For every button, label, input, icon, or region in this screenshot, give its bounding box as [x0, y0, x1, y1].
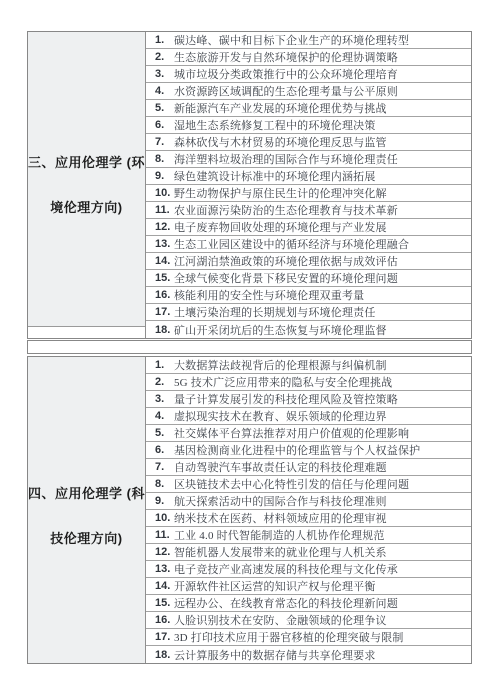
item-text: 开源软件社区运营的知识产权与伦理平衡 [174, 578, 376, 594]
item-number: 1. [155, 359, 174, 371]
list-item: 13.生态工业园区建设中的循环经济与环境伦理融合 [146, 236, 471, 253]
list-item: 9.绿色建筑设计标准中的环境伦理内涵拓展 [146, 168, 471, 185]
list-item: 11.农业面源污染防治的生态伦理教育与技术革新 [146, 202, 471, 219]
topic-tables-document: 三、应用伦理学 (环 境伦理方向) 1.碳达峰、碳中和目标下企业生产的环境伦理转… [27, 31, 472, 664]
section-table-environment: 三、应用伦理学 (环 境伦理方向) 1.碳达峰、碳中和目标下企业生产的环境伦理转… [27, 31, 472, 339]
item-number: 17. [155, 631, 174, 643]
item-text: 工业 4.0 时代智能制造的人机协作伦理规范 [174, 527, 385, 543]
item-number: 13. [155, 238, 174, 250]
item-number: 10. [155, 512, 174, 524]
empty-cell [28, 327, 145, 338]
list-item: 5.新能源汽车产业发展的环境伦理优势与挑战 [146, 100, 471, 117]
section-label-cell: 四、应用伦理学 (科 技伦理方向) [28, 357, 145, 663]
list-item: 14.江河湖泊禁渔政策的环境伦理依据与成效评估 [146, 253, 471, 270]
list-item: 7.自动驾驶汽车事故责任认定的科技伦理难题 [146, 459, 471, 476]
item-number: 14. [155, 255, 174, 267]
item-number: 3. [155, 68, 174, 80]
item-text: 远程办公、在线教育常态化的科技伦理新问题 [174, 595, 398, 611]
item-text: 纳米技术在医药、材料领域应用的伦理审视 [174, 510, 387, 526]
list-item: 4.虚拟现实技术在教育、娱乐领域的伦理边界 [146, 408, 471, 425]
item-number: 16. [155, 289, 174, 301]
item-text: 云计算服务中的数据存储与共享伦理要求 [174, 647, 376, 663]
item-text: 海洋塑料垃圾治理的国际合作与环境伦理责任 [174, 151, 398, 167]
item-number: 1. [155, 34, 174, 46]
item-text: 自动驾驶汽车事故责任认定的科技伦理难题 [174, 459, 387, 475]
item-number: 11. [155, 204, 174, 216]
item-number: 4. [155, 85, 174, 97]
item-text: 5G 技术广泛应用带来的隐私与安全伦理挑战 [174, 374, 392, 390]
item-text: 土壤污染治理的长期规划与环境伦理责任 [174, 304, 376, 320]
item-number: 2. [155, 51, 174, 63]
item-number: 8. [155, 478, 174, 490]
list-item: 9.航天探索活动中的国际合作与科技伦理准则 [146, 493, 471, 510]
section-label-column: 四、应用伦理学 (科 技伦理方向) [28, 357, 146, 663]
item-number: 11. [155, 529, 174, 541]
section-label-line1: 三、应用伦理学 (环 [28, 155, 145, 171]
list-item: 5.社交媒体平台算法推荐对用户价值观的伦理影响 [146, 425, 471, 442]
item-text: 绿色建筑设计标准中的环境伦理内涵拓展 [174, 168, 376, 184]
item-text: 农业面源污染防治的生态伦理教育与技术革新 [174, 202, 398, 218]
topic-list-environment: 1.碳达峰、碳中和目标下企业生产的环境伦理转型2.生态旅游开发与自然环境保护的伦… [146, 32, 471, 338]
spacer-row [27, 340, 472, 354]
item-number: 13. [155, 563, 174, 575]
item-number: 12. [155, 546, 174, 558]
list-item: 16.人脸识别技术在安防、金融领域的伦理争议 [146, 612, 471, 629]
item-number: 16. [155, 614, 174, 626]
list-item: 13.电子竞技产业高速发展的科技伦理与文化传承 [146, 561, 471, 578]
section-label-column: 三、应用伦理学 (环 境伦理方向) [28, 32, 146, 338]
item-number: 7. [155, 461, 174, 473]
item-text: 新能源汽车产业发展的环境伦理优势与挑战 [174, 100, 387, 116]
list-item: 4.水资源跨区域调配的生态伦理考量与公平原则 [146, 83, 471, 100]
item-text: 量子计算发展引发的科技伦理风险及管控策略 [174, 391, 398, 407]
item-text: 社交媒体平台算法推荐对用户价值观的伦理影响 [174, 425, 409, 441]
item-number: 5. [155, 102, 174, 114]
list-item: 7.森林砍伐与木材贸易的环境伦理反思与监管 [146, 134, 471, 151]
item-number: 6. [155, 444, 174, 456]
item-number: 14. [155, 580, 174, 592]
list-item: 1.碳达峰、碳中和目标下企业生产的环境伦理转型 [146, 32, 471, 49]
list-item: 2.5G 技术广泛应用带来的隐私与安全伦理挑战 [146, 374, 471, 391]
list-item: 8.区块链技术去中心化特性引发的信任与伦理问题 [146, 476, 471, 493]
list-item: 17.土壤污染治理的长期规划与环境伦理责任 [146, 304, 471, 321]
item-text: 全球气候变化背景下移民安置的环境伦理问题 [174, 270, 398, 286]
list-item: 8.海洋塑料垃圾治理的国际合作与环境伦理责任 [146, 151, 471, 168]
list-item: 16.核能利用的安全性与环境伦理双重考量 [146, 287, 471, 304]
item-text: 3D 打印技术应用于器官移植的伦理突破与限制 [174, 629, 404, 645]
item-number: 7. [155, 136, 174, 148]
item-text: 矿山开采闭坑后的生态恢复与环境伦理监督 [174, 322, 387, 338]
item-text: 大数据算法歧视背后的伦理根源与纠偏机制 [174, 357, 387, 373]
list-item: 6.湿地生态系统修复工程中的环境伦理决策 [146, 117, 471, 134]
item-text: 江河湖泊禁渔政策的环境伦理依据与成效评估 [174, 253, 398, 269]
item-text: 碳达峰、碳中和目标下企业生产的环境伦理转型 [174, 32, 409, 48]
item-number: 15. [155, 597, 174, 609]
section-label-line2: 技伦理方向) [50, 531, 122, 547]
item-text: 航天探索活动中的国际合作与科技伦理准则 [174, 493, 387, 509]
item-number: 15. [155, 272, 174, 284]
item-text: 智能机器人发展带来的就业伦理与人机关系 [174, 544, 387, 560]
item-number: 9. [155, 170, 174, 182]
list-item: 12.电子废弃物回收处理的环境伦理与产业发展 [146, 219, 471, 236]
item-number: 17. [155, 306, 174, 318]
topic-list-technology: 1.大数据算法歧视背后的伦理根源与纠偏机制2.5G 技术广泛应用带来的隐私与安全… [146, 357, 471, 663]
item-number: 18. [155, 324, 174, 336]
item-text: 森林砍伐与木材贸易的环境伦理反思与监管 [174, 134, 387, 150]
section-label-line2: 境伦理方向) [50, 200, 122, 216]
section-label-line1: 四、应用伦理学 (科 [28, 486, 145, 502]
list-item: 15.远程办公、在线教育常态化的科技伦理新问题 [146, 595, 471, 612]
item-number: 6. [155, 119, 174, 131]
item-text: 生态工业园区建设中的循环经济与环境伦理融合 [174, 236, 409, 252]
list-item: 1.大数据算法歧视背后的伦理根源与纠偏机制 [146, 357, 471, 374]
section-label-cell: 三、应用伦理学 (环 境伦理方向) [28, 32, 145, 327]
item-text: 人脸识别技术在安防、金融领域的伦理争议 [174, 612, 387, 628]
list-item: 12.智能机器人发展带来的就业伦理与人机关系 [146, 544, 471, 561]
item-text: 区块链技术去中心化特性引发的信任与伦理问题 [174, 476, 409, 492]
item-number: 12. [155, 221, 174, 233]
list-item: 3.城市垃圾分类政策推行中的公众环境伦理培育 [146, 66, 471, 83]
list-item: 3.量子计算发展引发的科技伦理风险及管控策略 [146, 391, 471, 408]
item-text: 水资源跨区域调配的生态伦理考量与公平原则 [174, 83, 398, 99]
item-text: 核能利用的安全性与环境伦理双重考量 [174, 287, 364, 303]
item-text: 湿地生态系统修复工程中的环境伦理决策 [174, 117, 376, 133]
item-text: 电子竞技产业高速发展的科技伦理与文化传承 [174, 561, 398, 577]
item-text: 野生动物保护与原住民生计的伦理冲突化解 [174, 185, 387, 201]
section-table-technology: 四、应用伦理学 (科 技伦理方向) 1.大数据算法歧视背后的伦理根源与纠偏机制2… [27, 356, 472, 664]
item-number: 5. [155, 427, 174, 439]
item-number: 9. [155, 495, 174, 507]
item-text: 基因检测商业化进程中的伦理监管与个人权益保护 [174, 442, 420, 458]
list-item: 6.基因检测商业化进程中的伦理监管与个人权益保护 [146, 442, 471, 459]
item-text: 城市垃圾分类政策推行中的公众环境伦理培育 [174, 66, 398, 82]
list-item: 10.纳米技术在医药、材料领域应用的伦理审视 [146, 510, 471, 527]
list-item: 11.工业 4.0 时代智能制造的人机协作伦理规范 [146, 527, 471, 544]
list-item: 2.生态旅游开发与自然环境保护的伦理协调策略 [146, 49, 471, 66]
item-text: 虚拟现实技术在教育、娱乐领域的伦理边界 [174, 408, 387, 424]
item-number: 18. [155, 649, 174, 661]
item-text: 生态旅游开发与自然环境保护的伦理协调策略 [174, 49, 398, 65]
item-number: 10. [155, 187, 174, 199]
list-item: 14.开源软件社区运营的知识产权与伦理平衡 [146, 578, 471, 595]
list-item: 18.云计算服务中的数据存储与共享伦理要求 [146, 646, 471, 663]
list-item: 10.野生动物保护与原住民生计的伦理冲突化解 [146, 185, 471, 202]
item-number: 4. [155, 410, 174, 422]
list-item: 15.全球气候变化背景下移民安置的环境伦理问题 [146, 270, 471, 287]
item-text: 电子废弃物回收处理的环境伦理与产业发展 [174, 219, 387, 235]
item-number: 3. [155, 393, 174, 405]
list-item: 18.矿山开采闭坑后的生态恢复与环境伦理监督 [146, 321, 471, 338]
item-number: 2. [155, 376, 174, 388]
list-item: 17.3D 打印技术应用于器官移植的伦理突破与限制 [146, 629, 471, 646]
item-number: 8. [155, 153, 174, 165]
